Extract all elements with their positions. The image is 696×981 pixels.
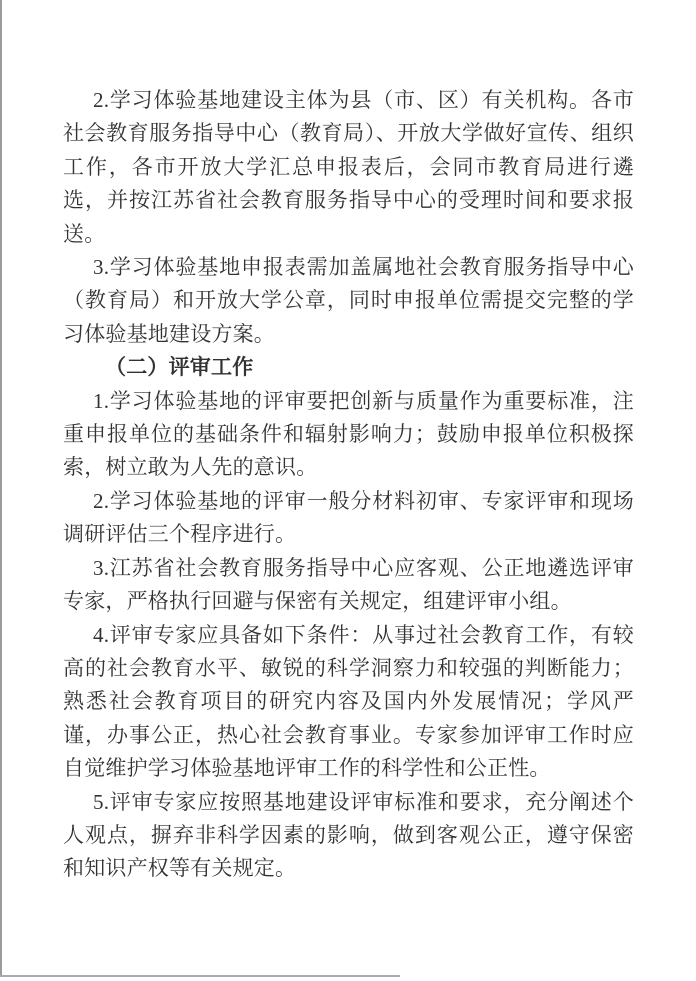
document-page: { "colors": { "page_background": "#fffff… <box>0 0 696 981</box>
page-left-edge-line <box>0 0 2 977</box>
section-heading: （二）评审工作 <box>63 351 634 384</box>
paragraph: 4.评审专家应具备如下条件：从事过社会教育工作，有较高的社会教育水平、敏锐的科学… <box>63 619 634 786</box>
paragraph: 5.评审专家应按照基地建设评审标准和要求，充分阐述个人观点，摒弃非科学因素的影响… <box>63 786 634 886</box>
paragraph: 1.学习体验基地的评审要把创新与质量作为重要标准，注重申报单位的基础条件和辐射影… <box>63 385 634 485</box>
paragraph: 3.江苏省社会教育服务指导中心应客观、公正地遴选评审专家，严格执行回避与保密有关… <box>63 552 634 619</box>
page-bottom-edge-line <box>0 975 400 977</box>
document-body: 2.学习体验基地建设主体为县（市、区）有关机构。各市社会教育服务指导中心（教育局… <box>63 84 634 886</box>
paragraph: 2.学习体验基地的评审一般分材料初审、专家评审和现场调研评估三个程序进行。 <box>63 485 634 552</box>
paragraph: 3.学习体验基地申报表需加盖属地社会教育服务指导中心（教育局）和开放大学公章，同… <box>63 251 634 351</box>
page-background: 2.学习体验基地建设主体为县（市、区）有关机构。各市社会教育服务指导中心（教育局… <box>0 0 696 981</box>
paragraph: 2.学习体验基地建设主体为县（市、区）有关机构。各市社会教育服务指导中心（教育局… <box>63 84 634 251</box>
